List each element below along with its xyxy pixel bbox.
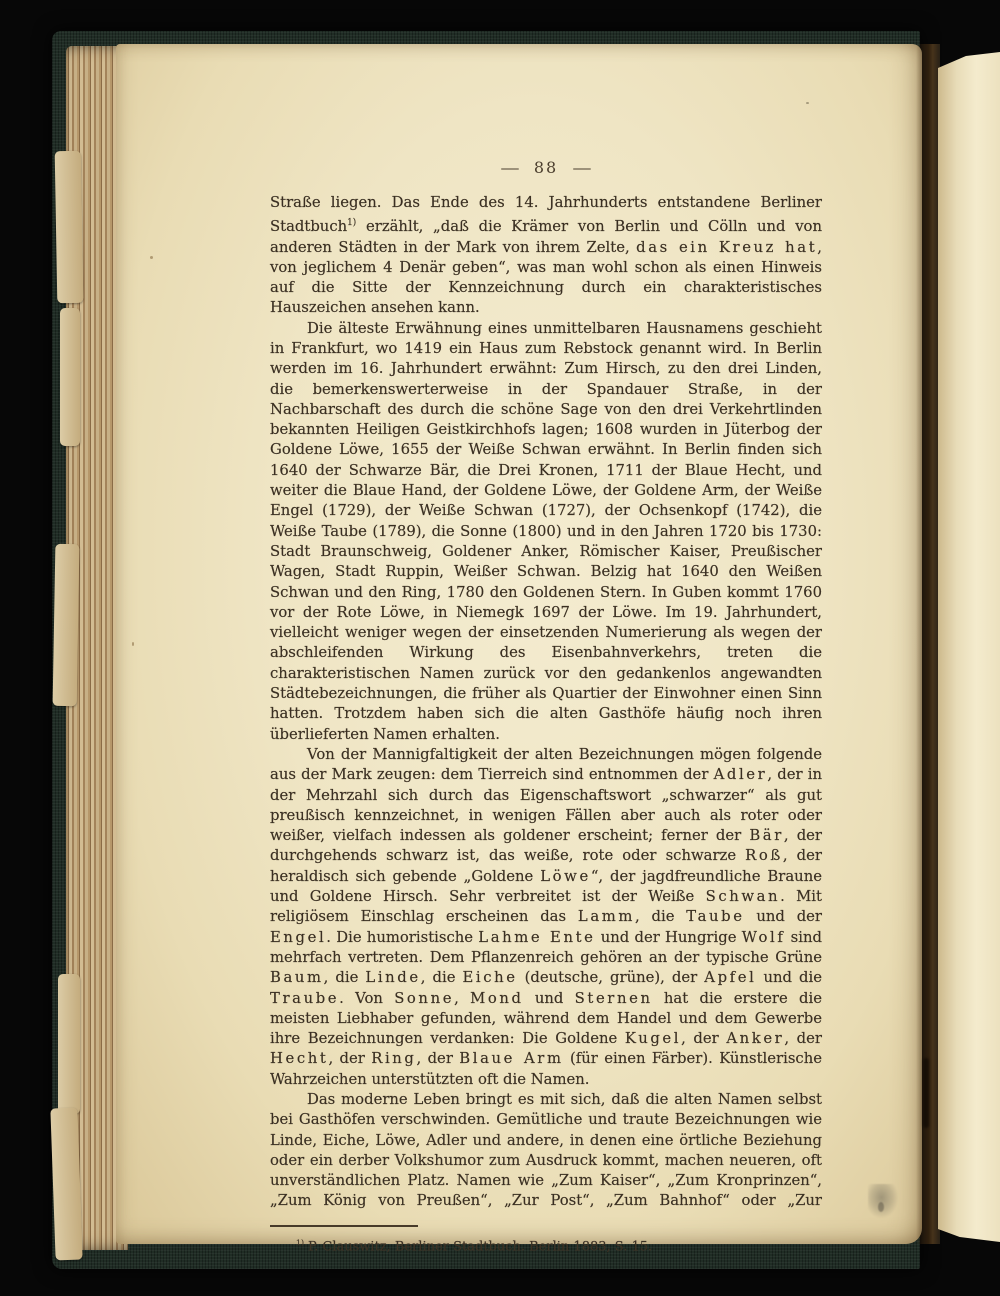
body-text: , der: [328, 1050, 371, 1067]
body-text: und der Hungrige: [596, 929, 742, 946]
spaced-emphasis-text: Engel: [270, 929, 326, 946]
deckle-tab: [58, 974, 80, 1114]
paragraph: Die älteste Erwähnung eines unmittelbare…: [270, 319, 822, 745]
spaced-emphasis-text: Apfel: [704, 969, 756, 986]
spaced-emphasis-text: Lamm: [578, 908, 635, 925]
spaced-emphasis-text: Baum: [270, 969, 324, 986]
body-text: . Die humoristische: [326, 929, 478, 946]
spaced-emphasis-text: Sonne: [394, 990, 454, 1007]
spaced-emphasis-text: Traube: [270, 990, 339, 1007]
book-scan: —88— Straße liegen. Das Ende des 14. Jah…: [0, 0, 1000, 1296]
spaced-emphasis-text: Sternen: [575, 990, 653, 1007]
paragraph: Das moderne Leben bringt es mit sich, da…: [270, 1090, 822, 1212]
spaced-emphasis-text: Mond: [470, 990, 523, 1007]
body-text: (deutsche, grüne), der: [518, 969, 705, 986]
footnote-reference: 1): [347, 218, 356, 228]
spaced-emphasis-text: das ein Kreuz hat: [636, 239, 817, 256]
footnote-marker: 1): [296, 1238, 304, 1247]
body-text: , der: [681, 1030, 726, 1047]
footnote-rule: [270, 1225, 418, 1227]
body-text: und der: [745, 908, 822, 925]
spaced-emphasis-text: Schwan: [706, 888, 781, 905]
deckle-tab: [60, 308, 80, 446]
facing-page: [938, 52, 1000, 1242]
spaced-emphasis-text: Wolf: [742, 929, 786, 946]
page-number-dash-left: —: [500, 158, 519, 177]
spaced-emphasis-text: Bär: [749, 827, 784, 844]
page-content: Straße liegen. Das Ende des 14. Jahrhund…: [270, 193, 822, 1255]
body-text: Das moderne Leben bringt es mit sich, da…: [270, 1091, 822, 1209]
deckle-tab: [53, 544, 80, 706]
spaced-emphasis-text: Roß: [745, 847, 783, 864]
page-number: 88: [534, 158, 558, 177]
spaced-emphasis-text: Löwe: [540, 868, 591, 885]
body-text: , die: [324, 969, 366, 986]
spaced-emphasis-text: Taube: [686, 908, 744, 925]
footnote-text: P. Clauswitz, Berliner Stadtbuch. Berlin…: [308, 1239, 652, 1254]
spaced-emphasis-text: Kugel: [625, 1030, 681, 1047]
body-text: , der: [417, 1050, 460, 1067]
body-text: ,: [454, 990, 470, 1007]
spaced-emphasis-text: Ring: [371, 1050, 416, 1067]
page-number-row: —88—: [270, 158, 822, 177]
deckle-tab: [50, 1108, 82, 1261]
spaced-emphasis-text: Eiche: [463, 969, 518, 986]
gutter-shadow: [916, 44, 940, 1244]
body-text: , der: [784, 1030, 822, 1047]
paragraph: Straße liegen. Das Ende des 14. Jahrhund…: [270, 193, 822, 319]
spaced-emphasis-text: Linde: [365, 969, 420, 986]
book-page: —88— Straße liegen. Das Ende des 14. Jah…: [116, 44, 922, 1244]
body-text: . Von: [339, 990, 394, 1007]
paper-speck: [150, 256, 153, 259]
text-block: Straße liegen. Das Ende des 14. Jahrhund…: [270, 193, 822, 1212]
page-number-dash-right: —: [573, 158, 592, 177]
body-text: , die: [635, 908, 686, 925]
body-text: Die älteste Erwähnung eines unmittelbare…: [270, 320, 822, 743]
paper-speck: [132, 642, 134, 646]
paragraph: Von der Mannigfaltigkeit der alten Bezei…: [270, 745, 822, 1090]
footnote: 1)P. Clauswitz, Berliner Stadtbuch. Berl…: [270, 1234, 822, 1255]
spaced-emphasis-text: Blaue Arm: [459, 1050, 563, 1067]
ink-smudge: [868, 1184, 898, 1218]
spaced-emphasis-text: Adler: [714, 766, 768, 783]
deckle-tab: [55, 151, 84, 303]
body-text: und: [524, 990, 575, 1007]
spaced-emphasis-text: Hecht: [270, 1050, 328, 1067]
paper-speck: [806, 102, 809, 104]
body-text: , die: [421, 969, 463, 986]
spaced-emphasis-text: Anker: [726, 1030, 784, 1047]
spaced-emphasis-text: Lahme Ente: [478, 929, 595, 946]
body-text: und die: [756, 969, 822, 986]
